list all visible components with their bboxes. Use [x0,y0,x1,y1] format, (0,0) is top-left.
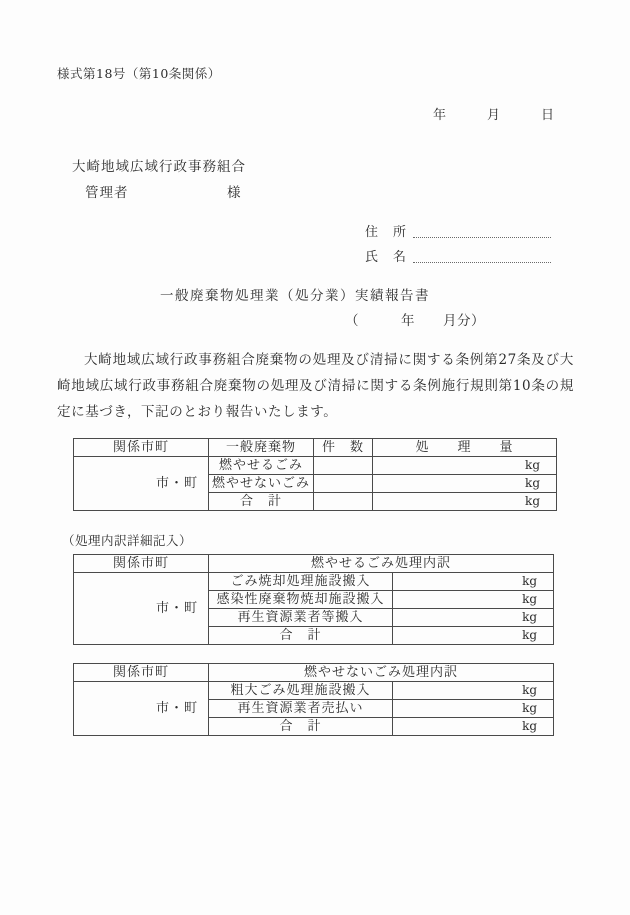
count-input-cell[interactable] [314,475,373,493]
amount-input-cell[interactable]: kg [373,475,557,493]
table-header-row: 関係市町 燃やせないごみ処理内訳 [74,664,554,682]
sender-address-line: 住 所 [365,221,551,240]
item-label: 再生資源業者売払い [209,700,393,718]
unit-label: kg [525,476,540,490]
unit-label: kg [522,701,537,715]
sender-name-line: 氏 名 [365,246,551,265]
item-label: 再生資源業者等搬入 [209,609,393,627]
item-label: 燃やせるごみ [209,457,314,475]
unit-label: kg [522,574,537,588]
burnable-detail-table: 関係市町 燃やせるごみ処理内訳 市・町 ごみ焼却処理施設搬入 kg 感染性廃棄物… [73,554,554,645]
summary-table: 関係市町 一般廃棄物 件 数 処 理 量 市・町 燃やせるごみ kg 燃やせない… [73,438,557,511]
item-label: 感染性廃棄物焼却施設搬入 [209,591,393,609]
unit-label: kg [522,610,537,624]
total-label: 合 計 [209,627,393,645]
amount-input-cell[interactable]: kg [393,609,554,627]
total-label: 合 計 [209,718,393,736]
unit-label: kg [525,458,540,472]
addressee-honorific: 様 [227,185,242,201]
addressee-line: 管理者様 [85,181,242,201]
municipality-label: 市・町 [74,457,209,511]
amount-input-cell[interactable]: kg [393,573,554,591]
table-header-row: 関係市町 一般廃棄物 件 数 処 理 量 [74,439,557,457]
table-row: 市・町 粗大ごみ処理施設搬入 kg [74,682,554,700]
count-input-cell[interactable] [314,493,373,511]
unit-label: kg [522,683,537,697]
header-burnable-detail: 燃やせるごみ処理内訳 [209,555,554,573]
sender-name-field[interactable] [413,248,551,263]
table-header-row: 関係市町 燃やせるごみ処理内訳 [74,555,554,573]
date-line: 年 月 日 [433,104,555,123]
table-row: 市・町 ごみ焼却処理施設搬入 kg [74,573,554,591]
header-municipality: 関係市町 [74,664,209,682]
header-municipality: 関係市町 [74,439,209,457]
unit-label: kg [522,719,537,733]
unit-label: kg [525,494,540,508]
amount-input-cell[interactable]: kg [373,457,557,475]
amount-input-cell[interactable]: kg [393,591,554,609]
document-title: 一般廃棄物処理業（処分業）実績報告書 [160,284,430,304]
municipality-label: 市・町 [74,682,209,736]
sender-address-field[interactable] [413,223,551,238]
municipality-label: 市・町 [74,573,209,645]
unit-label: kg [522,628,537,642]
unit-label: kg [522,592,537,606]
addressee-organization: 大崎地域広域行政事務組合 [72,155,246,175]
nonburnable-detail-table: 関係市町 燃やせないごみ処理内訳 市・町 粗大ごみ処理施設搬入 kg 再生資源業… [73,663,554,736]
count-input-cell[interactable] [314,457,373,475]
header-waste-type: 一般廃棄物 [209,439,314,457]
amount-input-cell[interactable]: kg [393,627,554,645]
addressee-role: 管理者 [85,181,227,201]
form-number: 様式第18号（第10条関係） [57,64,221,82]
item-label: 粗大ごみ処理施設搬入 [209,682,393,700]
report-form-page: 様式第18号（第10条関係） 年 月 日 大崎地域広域行政事務組合 管理者様 住… [0,0,630,915]
amount-input-cell[interactable]: kg [373,493,557,511]
amount-input-cell[interactable]: kg [393,682,554,700]
detail-note: （処理内訳詳細記入） [62,531,192,549]
sender-address-label: 住 所 [365,225,407,240]
report-period-line: （ 年 月分） [345,309,485,329]
total-label: 合 計 [209,493,314,511]
header-count: 件 数 [314,439,373,457]
table-row: 市・町 燃やせるごみ kg [74,457,557,475]
sender-name-label: 氏 名 [365,250,407,265]
item-label: ごみ焼却処理施設搬入 [209,573,393,591]
item-label: 燃やせないごみ [209,475,314,493]
body-paragraph: 大崎地域広域行政事務組合廃棄物の処理及び清掃に関する条例第27条及び大崎地域広域… [57,347,574,425]
header-municipality: 関係市町 [74,555,209,573]
amount-input-cell[interactable]: kg [393,718,554,736]
amount-input-cell[interactable]: kg [393,700,554,718]
header-amount: 処 理 量 [373,439,557,457]
header-nonburnable-detail: 燃やせないごみ処理内訳 [209,664,554,682]
